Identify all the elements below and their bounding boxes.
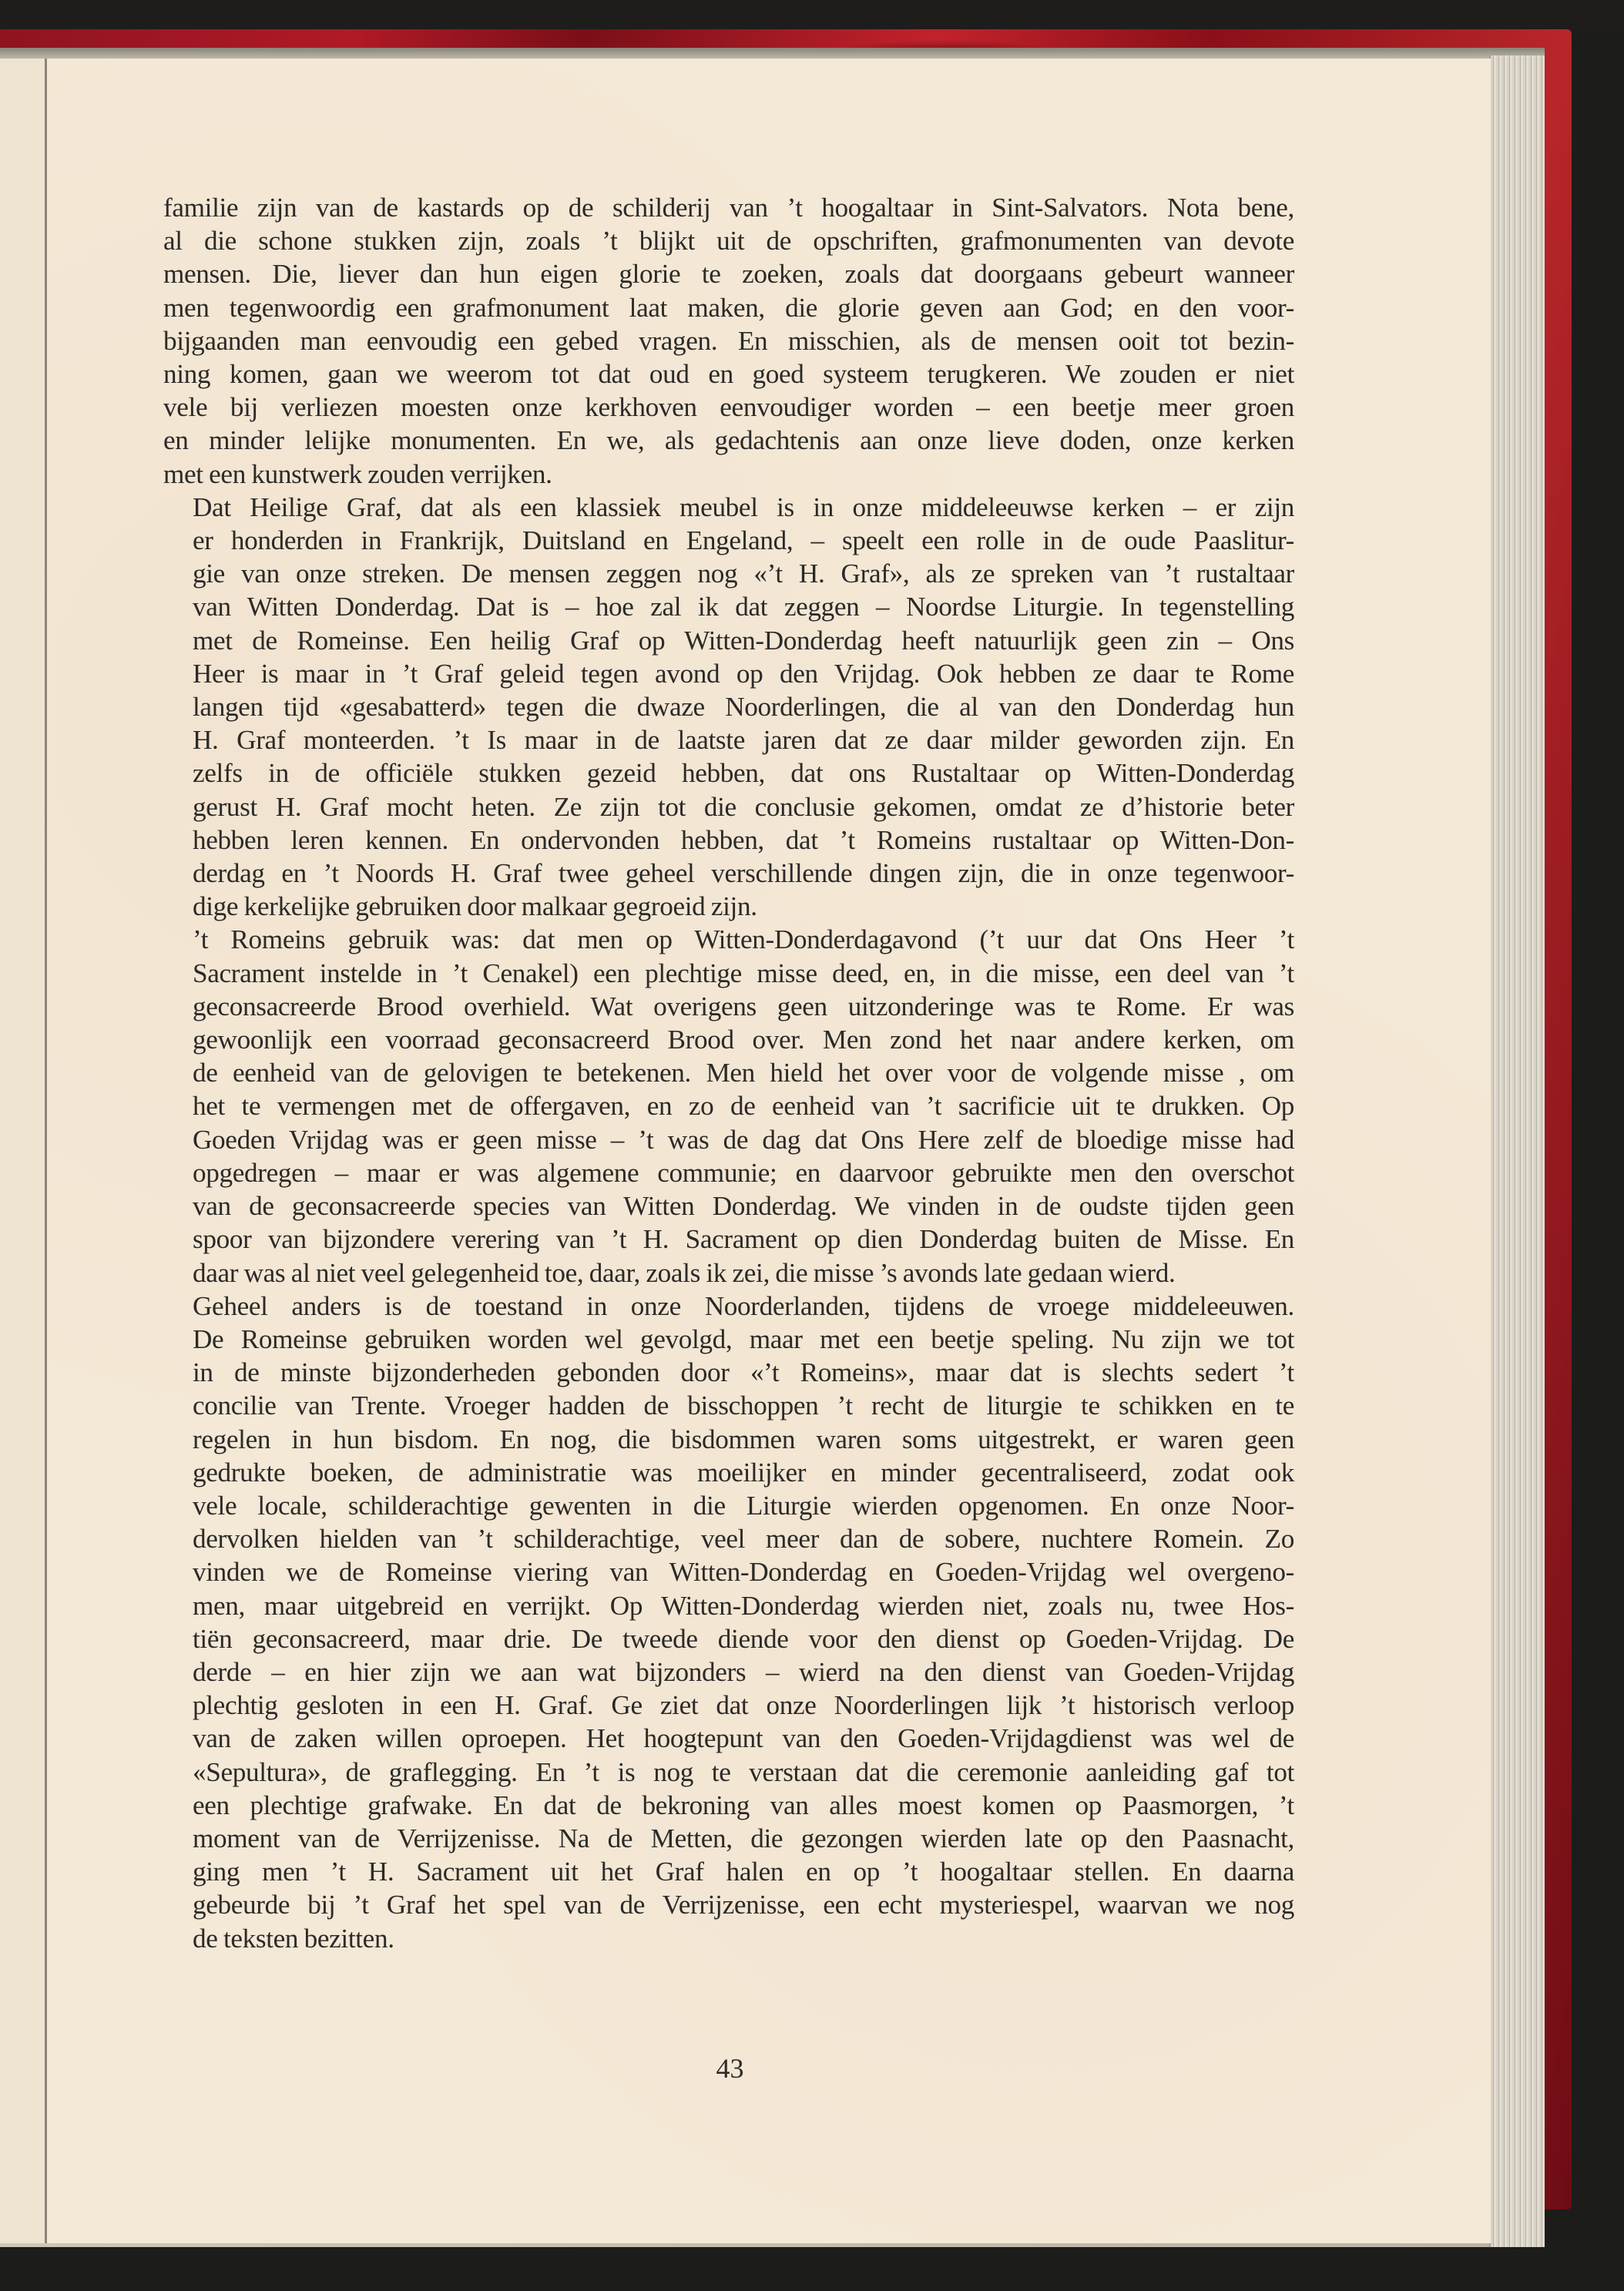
text-line: Dat Heilige Graf, dat als een klassiek m… (163, 491, 1294, 524)
page-number-text: 43 (716, 2053, 744, 2084)
text-line: gerust H. Graf mocht heten. Ze zijn tot … (163, 790, 1294, 823)
text-line: moment van de Verrijzenisse. Na de Mette… (163, 1822, 1294, 1855)
text-line: mensen. Die, liever dan hun eigen glorie… (163, 257, 1294, 290)
text-line: gewoonlijk een voorraad geconsacreerd Br… (163, 1023, 1294, 1056)
text-line: de teksten bezitten. (163, 1922, 1294, 1955)
text-line: van Witten Donderdag. Dat is – hoe zal i… (163, 590, 1294, 623)
text-line: familie zijn van de kastards op de schil… (163, 191, 1294, 224)
text-line: gebeurde bij ’t Graf het spel van de Ver… (163, 1888, 1294, 1921)
paragraph: Dat Heilige Graf, dat als een klassiek m… (163, 491, 1294, 924)
text-line: met een kunstwerk zouden verrijken. (163, 458, 1294, 491)
text-line: Geheel anders is de toestand in onze Noo… (163, 1290, 1294, 1323)
paragraph: Geheel anders is de toestand in onze Noo… (163, 1290, 1294, 1955)
text-line: een plechtige grafwake. En dat de bekron… (163, 1789, 1294, 1822)
text-line: in de minste bijzonderheden gebonden doo… (163, 1356, 1294, 1389)
text-line: langen tijd «gesabatterd» tegen die dwaz… (163, 690, 1294, 723)
text-line: men, maar uitgebreid en verrijkt. Op Wit… (163, 1589, 1294, 1622)
text-line: H. Graf monteerden. ’t Is maar in de laa… (163, 723, 1294, 756)
text-line: daar was al niet veel gelegenheid toe, d… (163, 1256, 1294, 1290)
text-line: met de Romeinse. Een heilig Graf op Witt… (163, 624, 1294, 657)
page-stack-fore-edge (1489, 55, 1545, 2247)
text-line: men tegenwoordig een grafmonument laat m… (163, 291, 1294, 324)
page-number: 43 (0, 2052, 1491, 2085)
text-line: gedrukte boeken, de administratie was mo… (163, 1456, 1294, 1489)
text-line: derde – en hier zijn we aan wat bijzonde… (163, 1655, 1294, 1689)
text-line: en minder lelijke monumenten. En we, als… (163, 424, 1294, 457)
text-line: Goeden Vrijdag was er geen misse – ’t wa… (163, 1123, 1294, 1156)
body-text: familie zijn van de kastards op de schil… (163, 191, 1294, 1955)
text-line: ging men ’t H. Sacrament uit het Graf ha… (163, 1855, 1294, 1888)
paragraph: familie zijn van de kastards op de schil… (163, 191, 1294, 491)
page-stack-top-edge (0, 48, 1545, 59)
text-line: vele bij verliezen moesten onze kerkhove… (163, 391, 1294, 424)
paragraph: ’t Romeins gebruik was: dat men op Witte… (163, 923, 1294, 1289)
text-line: vele locale, schilderachtige gewenten in… (163, 1489, 1294, 1522)
text-line: ’t Romeins gebruik was: dat men op Witte… (163, 923, 1294, 956)
text-line: ning komen, gaan we weerom tot dat oud e… (163, 357, 1294, 391)
text-line: de eenheid van de gelovigen te betekenen… (163, 1056, 1294, 1089)
text-line: Heer is maar in ’t Graf geleid tegen avo… (163, 657, 1294, 690)
text-line: plechtig gesloten in een H. Graf. Ge zie… (163, 1689, 1294, 1722)
text-line: De Romeinse gebruiken worden wel gevolgd… (163, 1323, 1294, 1356)
text-line: geconsacreerde Brood overhield. Wat over… (163, 990, 1294, 1023)
text-line: «Sepultura», de graflegging. En ’t is no… (163, 1756, 1294, 1789)
text-line: gie van onze streken. De mensen zeggen n… (163, 557, 1294, 590)
text-line: concilie van Trente. Vroeger hadden de b… (163, 1389, 1294, 1422)
text-line: van de zaken willen oproepen. Het hoogte… (163, 1722, 1294, 1755)
text-line: tiën geconsacreerd, maar drie. De tweede… (163, 1622, 1294, 1655)
text-line: zelfs in de officiële stukken gezeid heb… (163, 756, 1294, 790)
text-line: dervolken hielden van ’t schilderachtige… (163, 1522, 1294, 1555)
text-line: regelen in hun bisdom. En nog, die bisdo… (163, 1423, 1294, 1456)
text-line: er honderden in Frankrijk, Duitsland en … (163, 524, 1294, 557)
previous-page-edge (0, 59, 47, 2243)
text-line: spoor van bijzondere verering van ’t H. … (163, 1223, 1294, 1256)
background-top (0, 0, 1624, 31)
text-line: van de geconsacreerde species van Witten… (163, 1189, 1294, 1223)
text-line: vinden we de Romeinse viering van Witten… (163, 1555, 1294, 1588)
text-line: hebben leren kennen. En ondervonden hebb… (163, 823, 1294, 857)
text-line: opgedregen – maar er was algemene commun… (163, 1156, 1294, 1189)
text-line: al die schone stukken zijn, zoals ’t bli… (163, 224, 1294, 257)
text-line: bijgaanden man eenvoudig een gebed vrage… (163, 324, 1294, 357)
text-line: derdag en ’t Noords H. Graf twee geheel … (163, 857, 1294, 890)
text-line: het te vermengen met de offergaven, en z… (163, 1089, 1294, 1122)
text-line: dige kerkelijke gebruiken door malkaar g… (163, 890, 1294, 923)
text-line: Sacrament instelde in ’t Cenakel) een pl… (163, 957, 1294, 990)
